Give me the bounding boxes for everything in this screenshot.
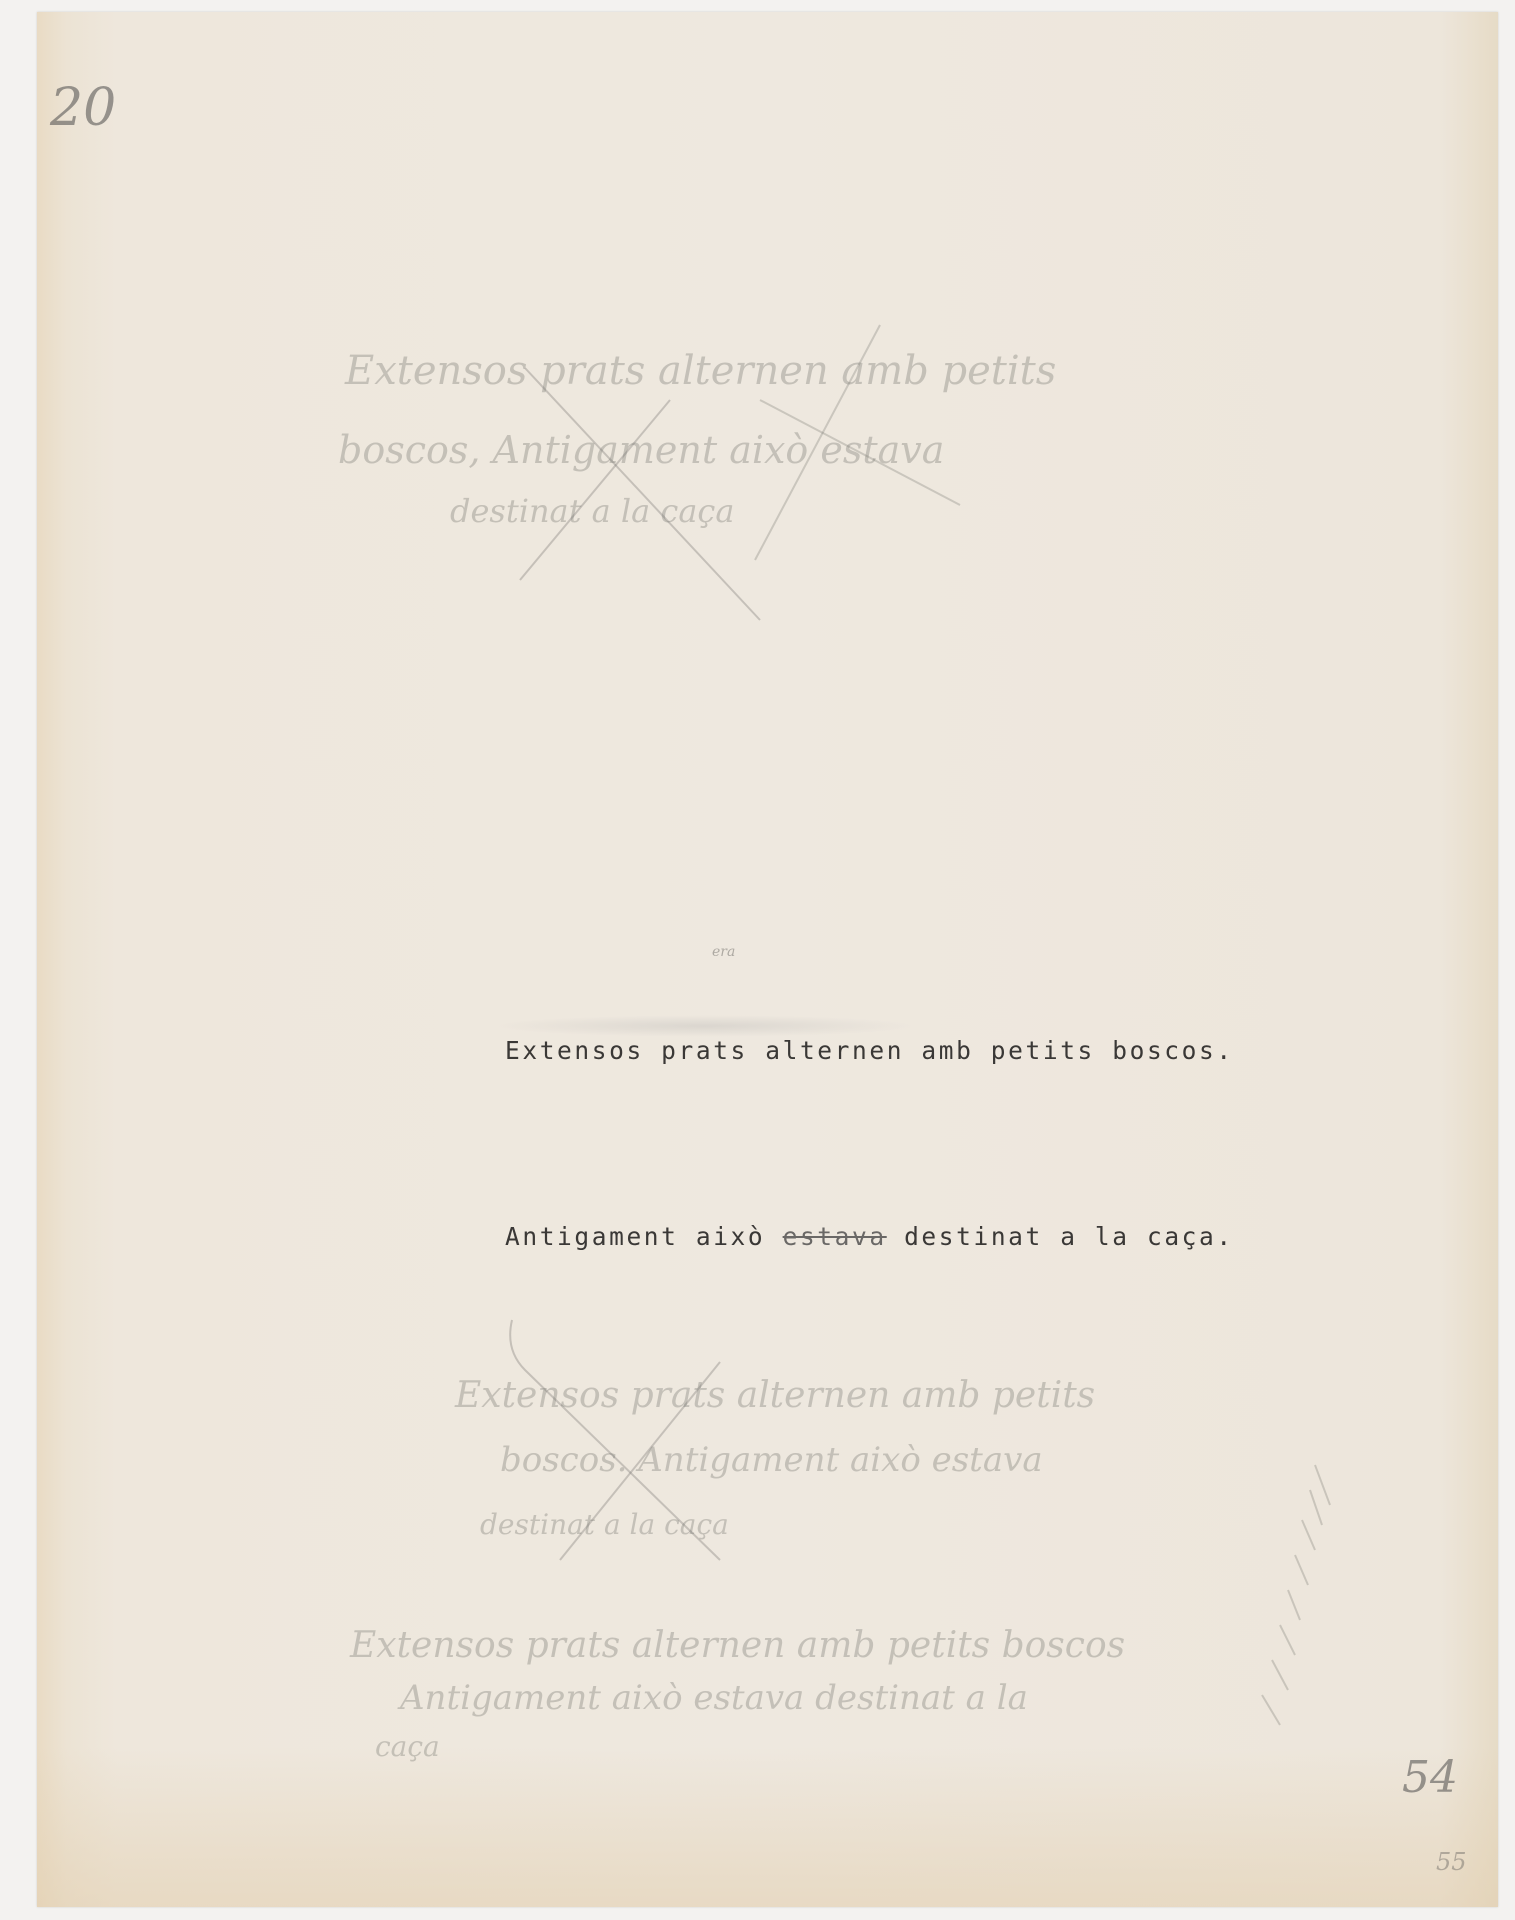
interlinear-correction: era: [712, 944, 735, 960]
pencil-draft-1-line-1: Extensos prats alternen amb petits: [345, 348, 1056, 394]
pencil-draft-1-line-3: destinat a la caça: [450, 492, 734, 530]
pencil-draft-2-line-2: boscos. Antigament això estava: [500, 1440, 1043, 1480]
typed-text: Extensos prats alternen amb petits bosco…: [505, 896, 1234, 1330]
page-number-55: 55: [1436, 1848, 1467, 1876]
pencil-draft-3-line-2: Antigament això estava destinat a la: [400, 1678, 1028, 1718]
pencil-draft-3-line-3: caça: [375, 1730, 440, 1763]
struck-word: estava: [783, 1222, 887, 1251]
folio-number: 20: [50, 78, 116, 138]
pencil-draft-2-line-1: Extensos prats alternen amb petits: [455, 1375, 1095, 1416]
pencil-tick-marks: [1240, 1450, 1340, 1740]
pencil-draft-2-line-3: destinat a la caça: [480, 1508, 729, 1541]
page-number-54: 54: [1402, 1752, 1458, 1803]
ink-smudge: [495, 1015, 915, 1037]
typed-line-2: Antigament això estava destinat a la caç…: [505, 1206, 1234, 1268]
pencil-draft-3-line-1: Extensos prats alternen amb petits bosco…: [350, 1625, 1125, 1666]
pencil-draft-1-line-2: boscos, Antigament això estava: [338, 428, 944, 472]
